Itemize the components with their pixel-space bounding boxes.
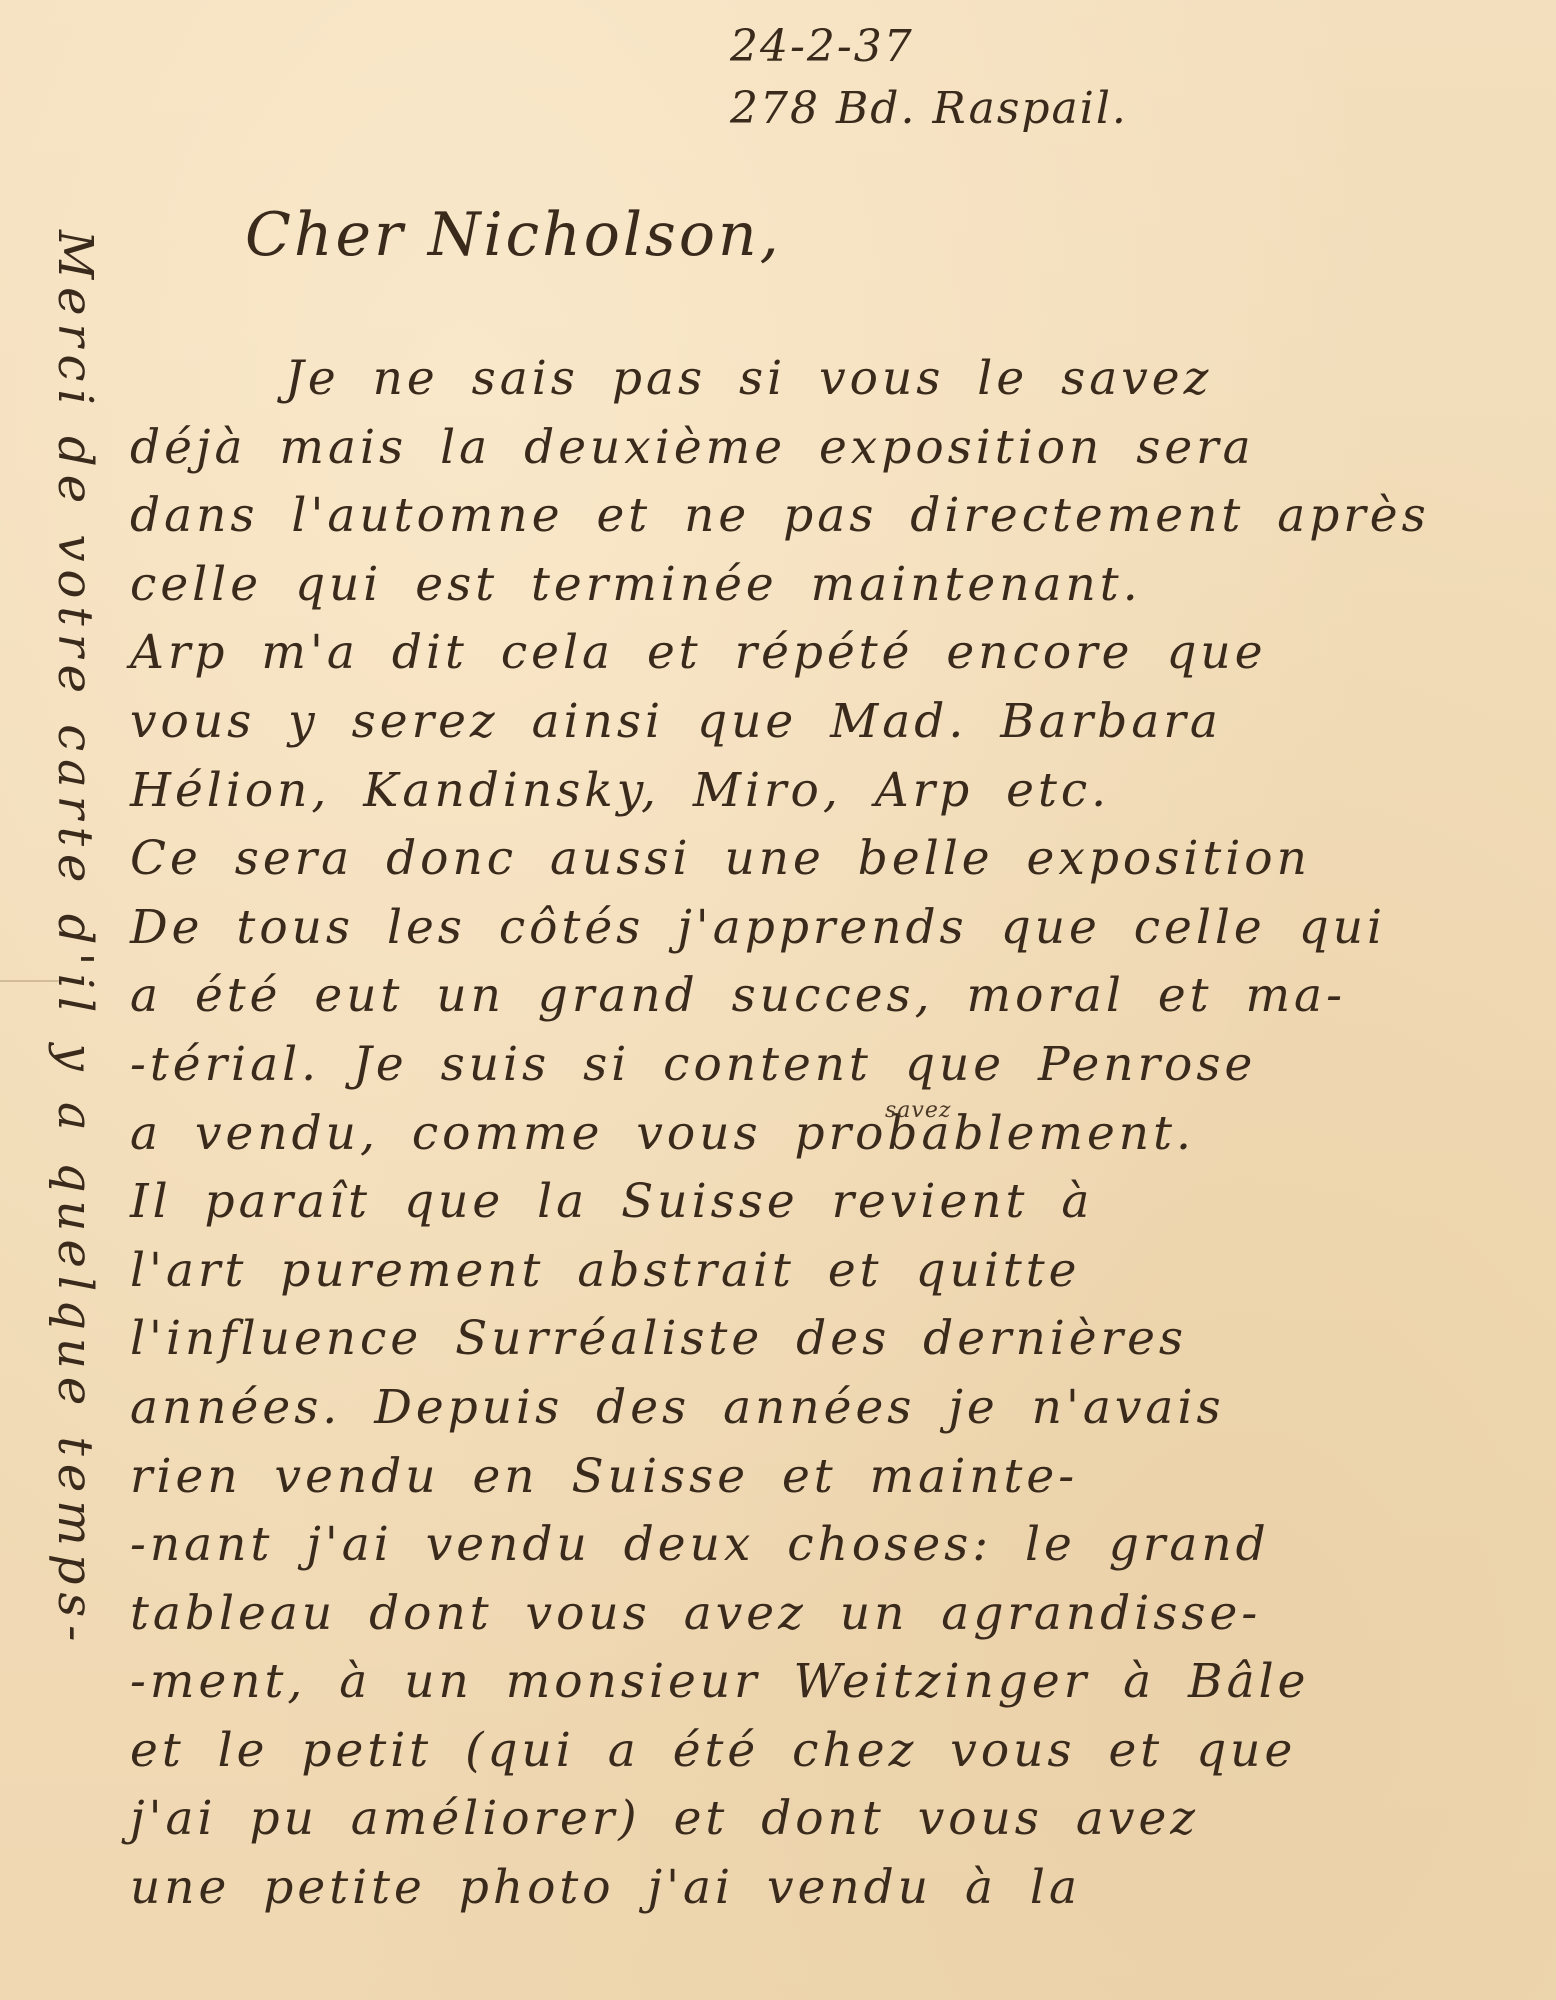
body-line: a été eut un grand succes, moral et ma- [130,962,1540,1031]
body-line: vous y serez ainsi que Mad. Barbara [130,688,1540,757]
body-line: Hélion, Kandinsky, Miro, Arp etc. [130,757,1540,826]
body-line: celle qui est terminée maintenant. [130,551,1540,620]
body-line: l'art purement abstrait et quitte [130,1237,1540,1306]
body-line: Je ne sais pas si vous le savez [130,345,1540,414]
body-line: De tous les côtés j'apprends que celle q… [130,894,1540,963]
salutation: Cher Nicholson, [245,200,782,270]
body-line: tableau dont vous avez un agrandisse- [130,1580,1540,1649]
interlinear-insertion: savez [885,1098,951,1123]
letter-date: 24-2-37 [730,21,914,72]
body-line: j'ai pu améliorer) et dont vous avez [130,1785,1540,1854]
body-line: années. Depuis des années je n'avais [130,1374,1540,1443]
body-line: Ce sera donc aussi une belle exposition [130,825,1540,894]
body-line: Il paraît que la Suisse revient à [130,1168,1540,1237]
body-line: déjà mais la deuxième exposition sera [130,414,1540,483]
letter-header: 24-2-37 278 Bd. Raspail. [730,18,1128,138]
body-line: -ment, à un monsieur Weitzinger à Bâle [130,1648,1540,1717]
letter-address: 278 Bd. Raspail. [730,80,1128,138]
body-line: une petite photo j'ai vendu à la [130,1854,1540,1923]
body-line: -térial. Je suis si content que Penrose [130,1031,1540,1100]
letter-page: 24-2-37 278 Bd. Raspail. Cher Nicholson,… [0,0,1556,2000]
body-line: dans l'automne et ne pas directement apr… [130,482,1540,551]
letter-body: Je ne sais pas si vous le savez déjà mai… [130,345,1540,1923]
body-line: et le petit (qui a été chez vous et que [130,1717,1540,1786]
body-line: -nant j'ai vendu deux choses: le grand [130,1511,1540,1580]
body-line: Arp m'a dit cela et répété encore que [130,619,1540,688]
body-line: a vendu, comme vous probablement. [130,1100,1540,1169]
body-line: l'influence Surréaliste des dernières [130,1305,1540,1374]
body-line: rien vendu en Suisse et mainte- [130,1443,1540,1512]
margin-note: Merci de votre carte d'il y a quelque te… [40,230,110,1700]
